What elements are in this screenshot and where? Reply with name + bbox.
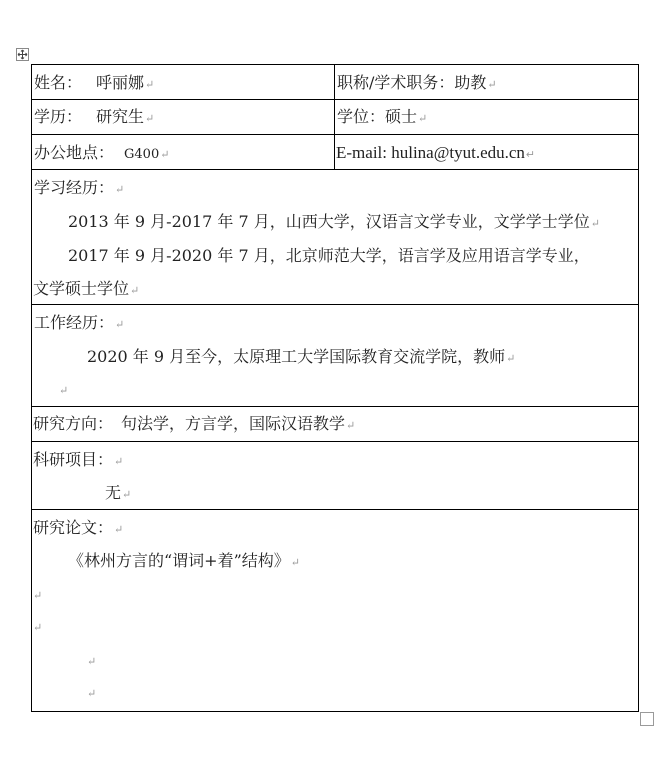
paragraph-mark-icon: ↵ (591, 217, 600, 230)
row-research-projects: 科研项目：↵ 无↵ (32, 442, 638, 510)
paper-entry: 《林州方言的“谓词+着”结构》 (68, 551, 290, 570)
name-label: 姓名： (34, 73, 82, 92)
research-direction-label: 研究方向： (33, 414, 113, 433)
paragraph-mark-icon: ↵ (33, 589, 42, 602)
research-projects-label: 科研项目： (33, 450, 113, 469)
office-label: 办公地点： (34, 143, 114, 162)
paragraph-mark-icon: ↵ (160, 148, 169, 161)
email-label: E-mail: (336, 143, 387, 162)
papers-label: 研究论文： (33, 518, 113, 537)
cell-research-projects[interactable]: 科研项目：↵ 无↵ (32, 442, 638, 509)
research-direction-value: 句法学，方言学，国际汉语教学 (121, 414, 345, 433)
paragraph-mark-icon: ↵ (33, 621, 42, 634)
cell-study-history[interactable]: 学习经历：↵ 2013 年 9 月-2017 年 7 月，山西大学，汉语言文学专… (32, 170, 638, 304)
title-label: 职称/学术职务： (337, 73, 454, 92)
paragraph-mark-icon: ↵ (145, 78, 154, 91)
cell-title[interactable]: 职称/学术职务：助教↵ (335, 65, 638, 99)
paragraph-mark-icon: ↵ (114, 523, 123, 536)
row-research-direction: 研究方向：句法学，方言学，国际汉语教学↵ (32, 407, 638, 442)
cell-work-history[interactable]: 工作经历：↵ 2020 年 9 月至今，太原理工大学国际教育交流学院，教师↵ ↵ (32, 305, 638, 406)
degree-label: 学位： (337, 107, 385, 126)
paragraph-mark-icon: ↵ (487, 78, 496, 91)
profile-table: 姓名：呼丽娜↵ 职称/学术职务：助教↵ 学历：研究生↵ 学位：硕士↵ 办公地点：… (31, 64, 639, 712)
paragraph-mark-icon: ↵ (87, 655, 96, 668)
row-name-title: 姓名：呼丽娜↵ 职称/学术职务：助教↵ (32, 65, 638, 100)
paragraph-mark-icon: ↵ (59, 384, 68, 397)
education-label: 学历： (34, 107, 82, 126)
title-value: 助教 (454, 73, 486, 92)
cell-research-direction[interactable]: 研究方向：句法学，方言学，国际汉语教学↵ (32, 407, 638, 441)
cell-office[interactable]: 办公地点：G400↵ (32, 135, 334, 169)
cell-papers[interactable]: 研究论文：↵ 《林州方言的“谓词+着”结构》↵ ↵ ↵ ↵ ↵ (32, 510, 638, 711)
paragraph-mark-icon: ↵ (346, 419, 355, 432)
paragraph-mark-icon: ↵ (115, 318, 124, 331)
paragraph-mark-icon: ↵ (115, 183, 124, 196)
degree-value: 硕士 (385, 107, 417, 126)
study-history-label: 学习经历： (34, 178, 114, 197)
study-entry-continued: 文学硕士学位 (33, 279, 129, 298)
row-office-email: 办公地点：G400↵ E-mail: hulina@tyut.edu.cn↵ (32, 135, 638, 170)
cell-degree[interactable]: 学位：硕士↵ (335, 100, 638, 134)
paragraph-mark-icon: ↵ (87, 687, 96, 700)
paragraph-mark-icon: ↵ (130, 284, 139, 297)
work-history-label: 工作经历： (34, 313, 114, 332)
row-papers: 研究论文：↵ 《林州方言的“谓词+着”结构》↵ ↵ ↵ ↵ ↵ (32, 510, 638, 711)
study-entry: 2017 年 9 月-2020 年 7 月，北京师范大学，语言学及应用语言学专业… (68, 246, 590, 265)
cell-name[interactable]: 姓名：呼丽娜↵ (32, 65, 334, 99)
row-study-history: 学习经历：↵ 2013 年 9 月-2017 年 7 月，山西大学，汉语言文学专… (32, 170, 638, 305)
study-entry: 2013 年 9 月-2017 年 7 月，山西大学，汉语言文学专业，文学学士学… (68, 212, 590, 231)
paragraph-mark-icon: ↵ (506, 352, 515, 365)
cell-email[interactable]: E-mail: hulina@tyut.edu.cn↵ (335, 135, 638, 169)
paragraph-mark-icon: ↵ (526, 149, 535, 161)
cell-education[interactable]: 学历：研究生↵ (32, 100, 334, 134)
email-value[interactable]: hulina@tyut.edu.cn (391, 143, 525, 162)
paragraph-mark-icon: ↵ (145, 112, 154, 125)
table-move-handle[interactable] (16, 48, 29, 61)
work-entry: 2020 年 9 月至今，太原理工大学国际教育交流学院，教师 (87, 347, 505, 366)
table-resize-handle[interactable] (640, 712, 654, 726)
office-value: G400 (124, 147, 159, 162)
paragraph-mark-icon: ↵ (291, 556, 300, 569)
name-value: 呼丽娜 (96, 73, 144, 92)
row-work-history: 工作经历：↵ 2020 年 9 月至今，太原理工大学国际教育交流学院，教师↵ ↵ (32, 305, 638, 407)
row-education-degree: 学历：研究生↵ 学位：硕士↵ (32, 100, 638, 135)
paragraph-mark-icon: ↵ (418, 112, 427, 125)
move-arrows-icon (17, 49, 28, 60)
education-value: 研究生 (96, 107, 144, 126)
paragraph-mark-icon: ↵ (122, 488, 131, 501)
paragraph-mark-icon: ↵ (114, 455, 123, 468)
project-entry: 无 (105, 483, 121, 502)
